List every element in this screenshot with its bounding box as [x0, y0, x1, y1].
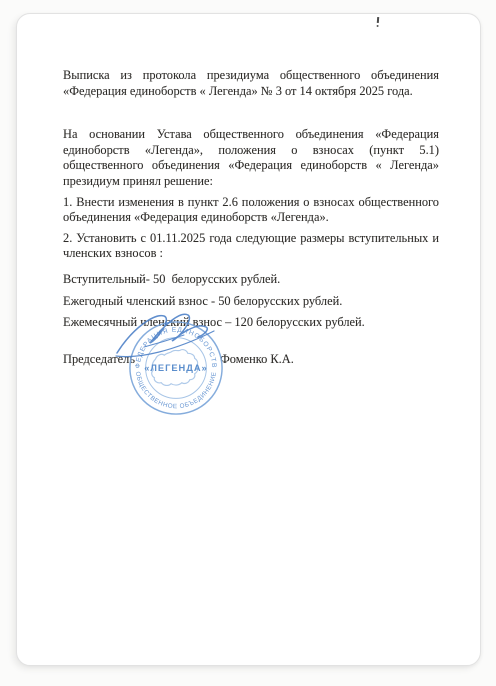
- scan-artifact: [377, 17, 379, 23]
- fee-line-entry: Вступительный- 50 белорусских рублей.: [63, 272, 439, 288]
- signer-name: Фоменко К.А.: [220, 352, 294, 368]
- document-heading: Выписка из протокола президиума обществе…: [63, 68, 439, 99]
- decision-item-2: 2. Установить с 01.11.2025 года следующи…: [63, 231, 439, 262]
- handwritten-signature: [114, 307, 219, 365]
- document-preamble: На основании Устава общественного объеди…: [63, 127, 439, 189]
- scanned-document-page: Выписка из протокола президиума обществе…: [16, 13, 481, 666]
- decision-item-1: 1. Внести изменения в пункт 2.6 положени…: [63, 195, 439, 226]
